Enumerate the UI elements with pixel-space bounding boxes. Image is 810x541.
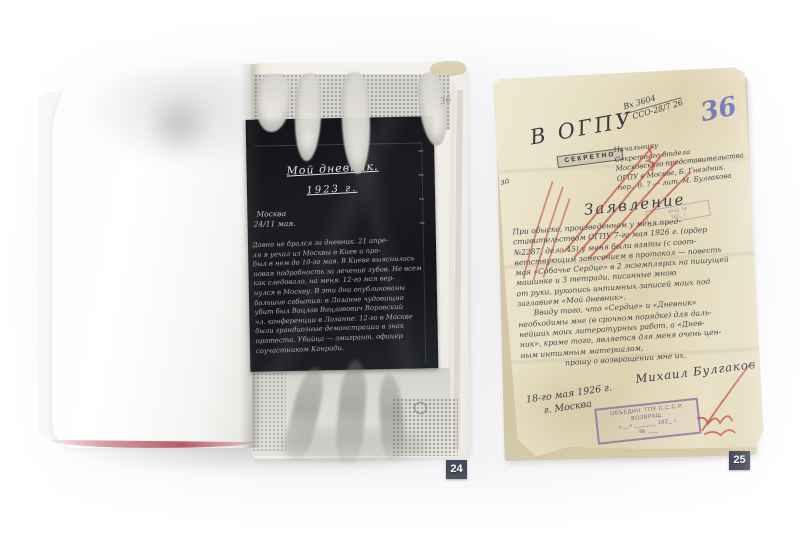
diary-photograph: Мой дневник. 1923 г. Москва 24/11 мая. Д… xyxy=(246,116,439,372)
margin-tick xyxy=(420,222,425,223)
margin-tick xyxy=(419,198,424,199)
margin-tick xyxy=(418,150,423,151)
catalog-label-25: 25 xyxy=(729,451,750,470)
page-showthrough xyxy=(146,96,212,156)
catalog-label-24: 24 xyxy=(446,460,467,479)
petition-document: В ОГПУ СЕКРЕТНО Вх 3604 ССО-28/7 26 36 з… xyxy=(493,65,766,460)
margin-tick xyxy=(419,174,424,175)
exhibit-photo: Мой дневник. 1923 г. Москва 24/11 мая. Д… xyxy=(0,0,810,541)
petition-body: При обыске, произведенном у меня пред- с… xyxy=(512,213,753,372)
diary-text: Давно не брался за дневник. 21 апре- ля … xyxy=(252,235,434,357)
